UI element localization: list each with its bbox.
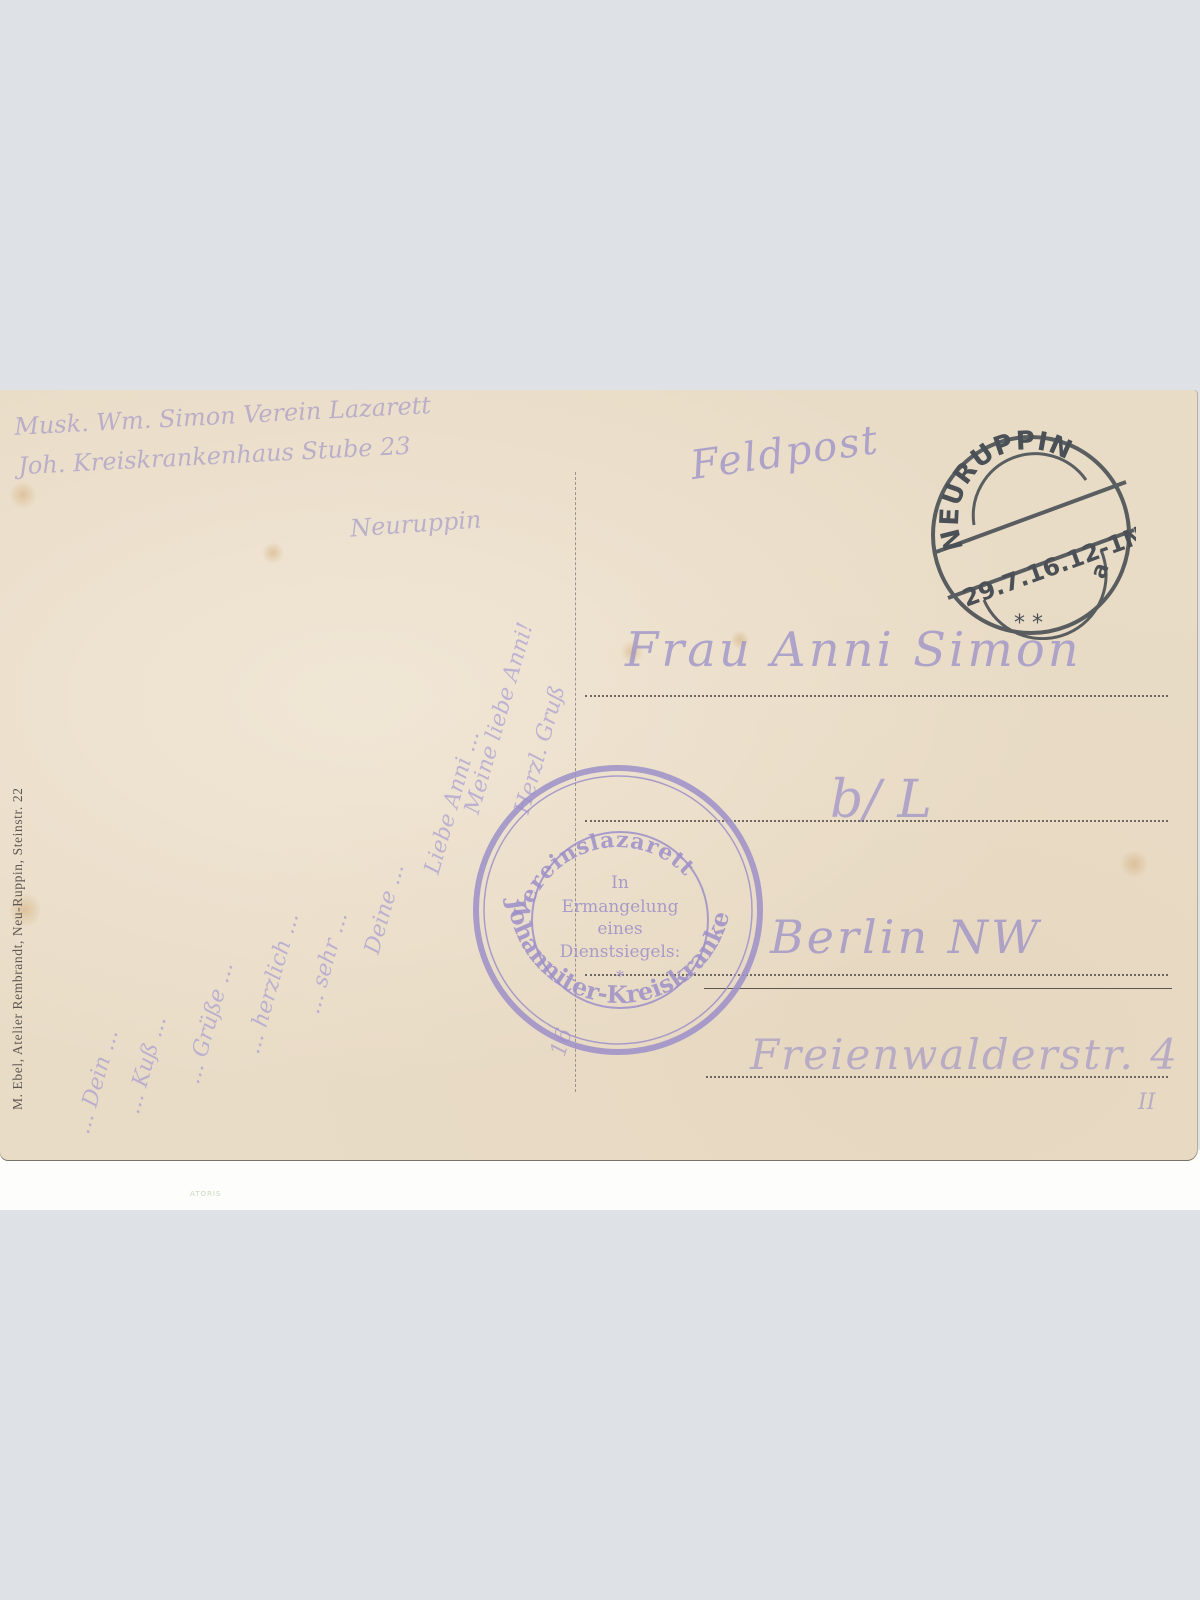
address-line-1 bbox=[585, 695, 1168, 697]
recipient-city: Berlin NW bbox=[770, 910, 1041, 964]
hospital-seal: Vereinslazarett Johanniter-Kreiskrankenh… bbox=[468, 760, 768, 1060]
printer-imprint: M. Ebel, Atelier Rembrandt, Neu-Ruppin, … bbox=[10, 787, 26, 1110]
sender-line-2: Joh. Kreiskrankenhaus Stube 23 bbox=[18, 432, 412, 481]
postcard: M. Ebel, Atelier Rembrandt, Neu-Ruppin, … bbox=[0, 390, 1197, 1160]
address-line-4 bbox=[706, 1076, 1168, 1078]
message-line: ... herzlich ... bbox=[240, 910, 304, 1057]
foxing-stain bbox=[262, 542, 284, 564]
seal-inner-line: Ermangelung bbox=[562, 897, 679, 917]
seal-star-icon: * bbox=[616, 967, 624, 986]
message-line: ... sehr ... bbox=[300, 909, 353, 1017]
message-line: ... Kuß ... bbox=[120, 1013, 172, 1117]
message-line: Deine ... bbox=[360, 861, 410, 957]
feldpost-label: Feldpost bbox=[688, 417, 882, 489]
seal-inner-line: eines bbox=[597, 919, 642, 939]
foxing-stain bbox=[1120, 850, 1148, 878]
floor-mark: II bbox=[1138, 1090, 1155, 1115]
foxing-stain bbox=[10, 480, 36, 510]
seal-inner-line: In bbox=[611, 873, 629, 893]
svg-text:Johanniter-Kreiskrankenhaus: Johanniter-Kreiskrankenhaus bbox=[468, 760, 735, 1009]
sender-line-3: Neuruppin bbox=[349, 505, 482, 542]
seal-inner-line: Dienstsiegels: bbox=[560, 942, 681, 962]
postmark-neuruppin: NEURUPPIN 29.7.16.12-1N a * * bbox=[926, 430, 1136, 640]
seal-bottom-text: Johanniter-Kreiskrankenhaus bbox=[468, 760, 735, 1009]
svg-text:NEURUPPIN: NEURUPPIN bbox=[935, 430, 1077, 554]
message-line: ... Grüße ... bbox=[180, 959, 239, 1087]
postmark-code: a bbox=[1086, 560, 1115, 583]
postmark-ornaments: * * bbox=[1014, 611, 1043, 636]
recipient-street: Freienwalderstr. 4 bbox=[750, 1030, 1179, 1079]
scan-watermark: ATORIS bbox=[190, 1190, 221, 1198]
postmark-town: NEURUPPIN bbox=[935, 430, 1077, 554]
address-underline bbox=[704, 988, 1172, 989]
message-line: ... Dein ... bbox=[70, 1026, 124, 1137]
